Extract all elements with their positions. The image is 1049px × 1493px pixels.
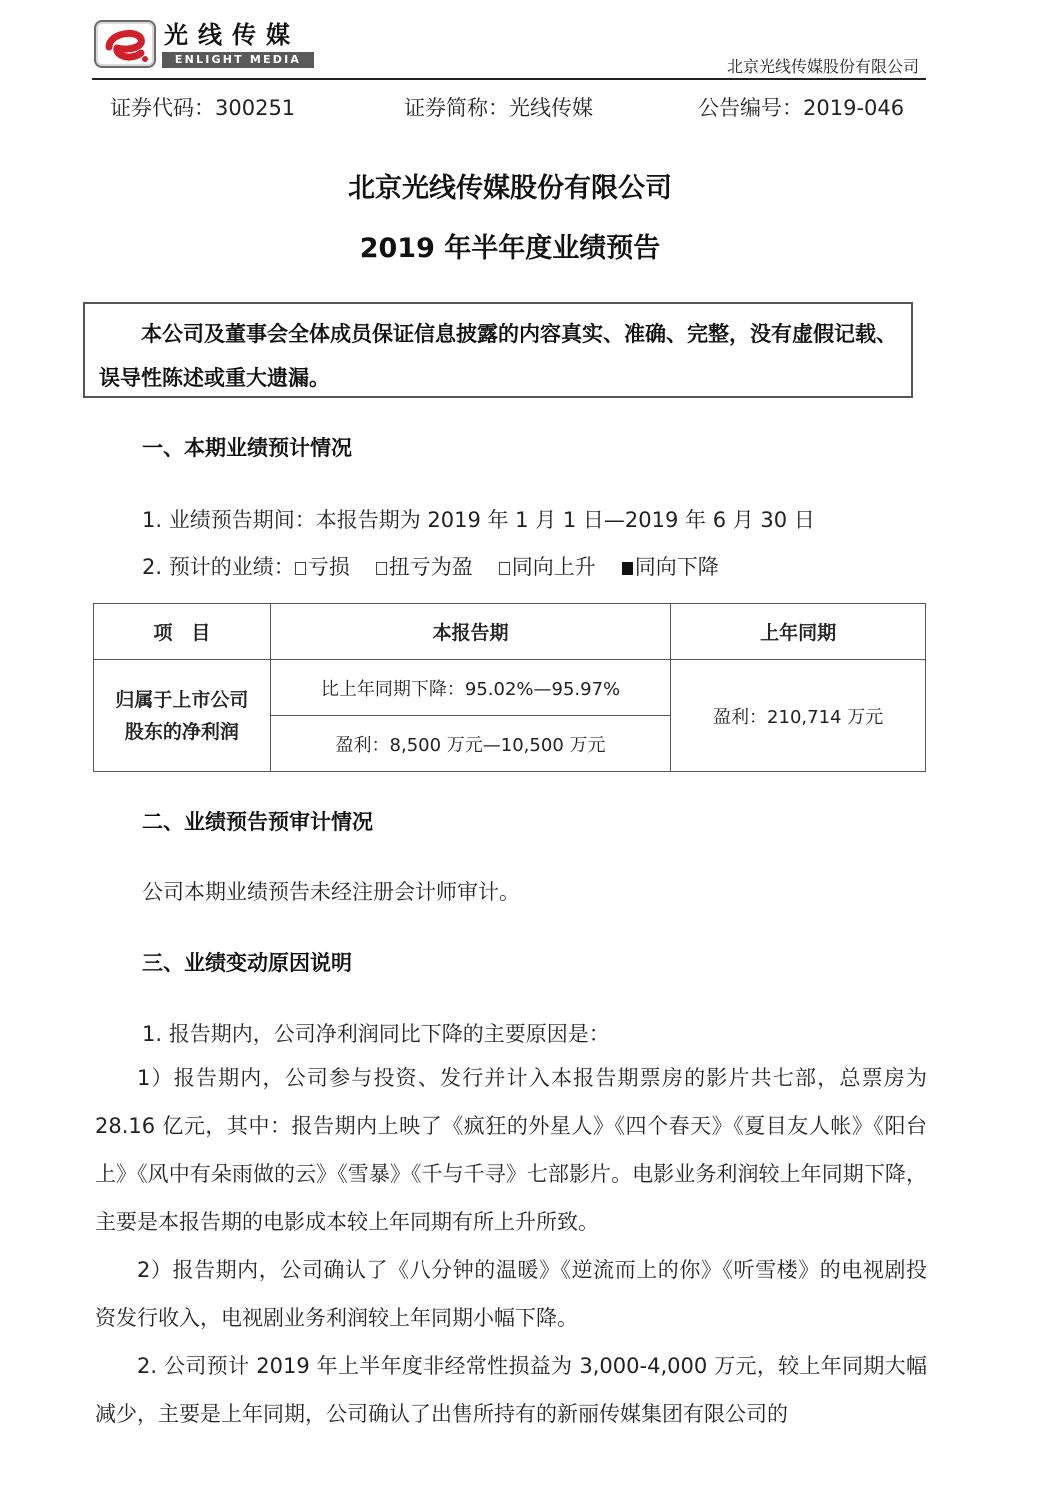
current-profit-range: 盈利：8,500 万元—10,500 万元 bbox=[270, 716, 670, 772]
option-turnaround: 扭亏为盈 bbox=[389, 555, 473, 579]
header-prior-period: 上年同期 bbox=[671, 604, 926, 660]
checkbox-loss bbox=[295, 562, 306, 575]
table-header-row: 项 目 本报告期 上年同期 bbox=[94, 604, 926, 660]
option-increase: 同向上升 bbox=[512, 555, 596, 579]
security-short-name: 证券简称：光线传媒 bbox=[404, 92, 593, 122]
table-row: 归属于上市公司 股东的净利润 比上年同期下降：95.02%—95.97% 盈利：… bbox=[94, 660, 926, 716]
reason-body: 1）报告期内，公司参与投资、发行并计入本报告期票房的影片共七部，总票房为 28.… bbox=[95, 1054, 927, 1438]
section-3-heading: 三、业绩变动原因说明 bbox=[142, 947, 352, 977]
disclosure-notice-text: 本公司及董事会全体成员保证信息披露的内容真实、准确、完整，没有虚假记载、误导性陈… bbox=[99, 312, 899, 400]
reason-tv-business: 2）报告期内，公司确认了《八分钟的温暖》《逆流而上的你》《听雪楼》的电视剧投资发… bbox=[95, 1246, 927, 1342]
current-decline-range: 比上年同期下降：95.02%—95.97% bbox=[270, 660, 670, 716]
logo-chinese-name: 光线传媒 bbox=[164, 21, 314, 49]
checkbox-turnaround bbox=[376, 562, 387, 575]
header-item: 项 目 bbox=[94, 604, 271, 660]
logo-english-name: ENLIGHT MEDIA bbox=[162, 52, 314, 68]
row-label-line-2: 股东的净利润 bbox=[94, 716, 270, 748]
reason-film-business: 1）报告期内，公司参与投资、发行并计入本报告期票房的影片共七部，总票房为 28.… bbox=[95, 1054, 927, 1246]
checkbox-increase bbox=[499, 562, 510, 575]
announcement-number: 公告编号：2019-046 bbox=[698, 92, 904, 122]
header-current-period: 本报告期 bbox=[270, 604, 670, 660]
checkbox-decrease-checked bbox=[622, 562, 633, 575]
row-label-net-profit: 归属于上市公司 股东的净利润 bbox=[94, 660, 271, 772]
document-title-report: 2019 年半年度业绩预告 bbox=[0, 226, 1020, 265]
forecast-type-label: 2. 预计的业绩： bbox=[142, 555, 295, 579]
option-loss: 亏损 bbox=[308, 555, 350, 579]
forecast-type-row: 2. 预计的业绩：亏损扭亏为盈同向上升同向下降 bbox=[142, 551, 719, 581]
header-company-name: 北京光线传媒股份有限公司 bbox=[727, 54, 919, 77]
document-title-company: 北京光线传媒股份有限公司 bbox=[0, 166, 1020, 205]
option-decrease: 同向下降 bbox=[635, 555, 719, 579]
prior-period-profit: 盈利：210,714 万元 bbox=[671, 660, 926, 772]
header-divider bbox=[92, 78, 926, 80]
disclosure-notice-box: 本公司及董事会全体成员保证信息披露的内容真实、准确、完整，没有虚假记载、误导性陈… bbox=[83, 302, 913, 398]
reason-intro: 1. 报告期内，公司净利润同比下降的主要原因是： bbox=[142, 1018, 610, 1048]
audit-statement: 公司本期业绩预告未经注册会计师审计。 bbox=[142, 876, 520, 906]
reason-non-recurring: 2. 公司预计 2019 年上半年度非经常性损益为 3,000-4,000 万元… bbox=[95, 1342, 927, 1438]
section-2-heading: 二、业绩预告预审计情况 bbox=[142, 806, 373, 836]
row-label-line-1: 归属于上市公司 bbox=[94, 684, 270, 716]
company-logo: 光线传媒 ENLIGHT MEDIA bbox=[94, 20, 316, 70]
section-1-heading: 一、本期业绩预计情况 bbox=[142, 432, 352, 462]
earnings-forecast-table: 项 目 本报告期 上年同期 归属于上市公司 股东的净利润 比上年同期下降：95.… bbox=[93, 603, 926, 772]
security-code: 证券代码：300251 bbox=[110, 92, 295, 122]
forecast-period: 1. 业绩预告期间：本报告期为 2019 年 1 月 1 日—2019 年 6 … bbox=[142, 504, 815, 534]
enlight-e-logo-icon bbox=[94, 20, 156, 68]
